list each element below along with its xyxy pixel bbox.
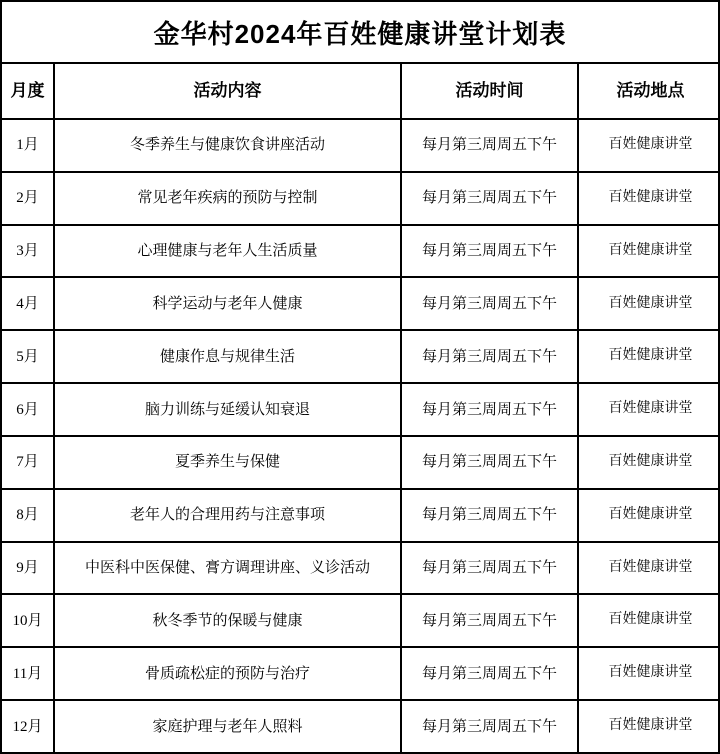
header-content: 活动内容 — [55, 64, 402, 118]
location-cell: 百姓健康讲堂 — [579, 648, 720, 699]
month-cell: 2月 — [2, 173, 55, 224]
content-cell: 心理健康与老年人生活质量 — [55, 226, 402, 277]
month-cell: 5月 — [2, 331, 55, 382]
content-cell: 骨质疏松症的预防与治疗 — [55, 648, 402, 699]
header-month: 月度 — [2, 64, 55, 118]
time-cell: 每月第三周周五下午 — [402, 173, 579, 224]
time-cell: 每月第三周周五下午 — [402, 595, 579, 646]
month-cell: 6月 — [2, 384, 55, 435]
time-cell: 每月第三周周五下午 — [402, 278, 579, 329]
time-cell: 每月第三周周五下午 — [402, 490, 579, 541]
schedule-table: 月度 活动内容 活动时间 活动地点 1月 冬季养生与健康饮食讲座活动 每月第三周… — [2, 64, 718, 752]
content-cell: 老年人的合理用药与注意事项 — [55, 490, 402, 541]
table-row: 3月 心理健康与老年人生活质量 每月第三周周五下午 百姓健康讲堂 — [2, 226, 718, 279]
time-cell: 每月第三周周五下午 — [402, 648, 579, 699]
content-cell: 常见老年疾病的预防与控制 — [55, 173, 402, 224]
location-cell: 百姓健康讲堂 — [579, 595, 720, 646]
table-row: 10月 秋冬季节的保暖与健康 每月第三周周五下午 百姓健康讲堂 — [2, 595, 718, 648]
month-cell: 8月 — [2, 490, 55, 541]
month-cell: 7月 — [2, 437, 55, 488]
header-time: 活动时间 — [402, 64, 579, 118]
time-cell: 每月第三周周五下午 — [402, 120, 579, 171]
content-cell: 秋冬季节的保暖与健康 — [55, 595, 402, 646]
table-row: 8月 老年人的合理用药与注意事项 每月第三周周五下午 百姓健康讲堂 — [2, 490, 718, 543]
content-cell: 脑力训练与延缓认知衰退 — [55, 384, 402, 435]
table-row: 6月 脑力训练与延缓认知衰退 每月第三周周五下午 百姓健康讲堂 — [2, 384, 718, 437]
page-title: 金华村2024年百姓健康讲堂计划表 — [154, 14, 567, 51]
month-cell: 1月 — [2, 120, 55, 171]
table-row: 5月 健康作息与规律生活 每月第三周周五下午 百姓健康讲堂 — [2, 331, 718, 384]
content-cell: 冬季养生与健康饮食讲座活动 — [55, 120, 402, 171]
header-location: 活动地点 — [579, 64, 720, 118]
schedule-table-sheet: 金华村2024年百姓健康讲堂计划表 月度 活动内容 活动时间 活动地点 1月 冬… — [0, 0, 720, 754]
table-row: 12月 家庭护理与老年人照料 每月第三周周五下午 百姓健康讲堂 — [2, 701, 718, 752]
content-cell: 健康作息与规律生活 — [55, 331, 402, 382]
location-cell: 百姓健康讲堂 — [579, 226, 720, 277]
table-row: 1月 冬季养生与健康饮食讲座活动 每月第三周周五下午 百姓健康讲堂 — [2, 120, 718, 173]
time-cell: 每月第三周周五下午 — [402, 384, 579, 435]
location-cell: 百姓健康讲堂 — [579, 120, 720, 171]
time-cell: 每月第三周周五下午 — [402, 331, 579, 382]
content-cell: 中医科中医保健、膏方调理讲座、义诊活动 — [55, 543, 402, 594]
location-cell: 百姓健康讲堂 — [579, 490, 720, 541]
table-row: 2月 常见老年疾病的预防与控制 每月第三周周五下午 百姓健康讲堂 — [2, 173, 718, 226]
time-cell: 每月第三周周五下午 — [402, 701, 579, 752]
month-cell: 3月 — [2, 226, 55, 277]
content-cell: 科学运动与老年人健康 — [55, 278, 402, 329]
location-cell: 百姓健康讲堂 — [579, 173, 720, 224]
table-row: 7月 夏季养生与保健 每月第三周周五下午 百姓健康讲堂 — [2, 437, 718, 490]
table-title-row: 金华村2024年百姓健康讲堂计划表 — [2, 2, 718, 64]
location-cell: 百姓健康讲堂 — [579, 331, 720, 382]
time-cell: 每月第三周周五下午 — [402, 543, 579, 594]
month-cell: 9月 — [2, 543, 55, 594]
time-cell: 每月第三周周五下午 — [402, 226, 579, 277]
month-cell: 12月 — [2, 701, 55, 752]
month-cell: 4月 — [2, 278, 55, 329]
table-row: 11月 骨质疏松症的预防与治疗 每月第三周周五下午 百姓健康讲堂 — [2, 648, 718, 701]
table-row: 9月 中医科中医保健、膏方调理讲座、义诊活动 每月第三周周五下午 百姓健康讲堂 — [2, 543, 718, 596]
table-row: 4月 科学运动与老年人健康 每月第三周周五下午 百姓健康讲堂 — [2, 278, 718, 331]
time-cell: 每月第三周周五下午 — [402, 437, 579, 488]
location-cell: 百姓健康讲堂 — [579, 701, 720, 752]
location-cell: 百姓健康讲堂 — [579, 278, 720, 329]
content-cell: 夏季养生与保健 — [55, 437, 402, 488]
content-cell: 家庭护理与老年人照料 — [55, 701, 402, 752]
table-header-row: 月度 活动内容 活动时间 活动地点 — [2, 64, 718, 120]
month-cell: 10月 — [2, 595, 55, 646]
month-cell: 11月 — [2, 648, 55, 699]
location-cell: 百姓健康讲堂 — [579, 437, 720, 488]
location-cell: 百姓健康讲堂 — [579, 384, 720, 435]
location-cell: 百姓健康讲堂 — [579, 543, 720, 594]
